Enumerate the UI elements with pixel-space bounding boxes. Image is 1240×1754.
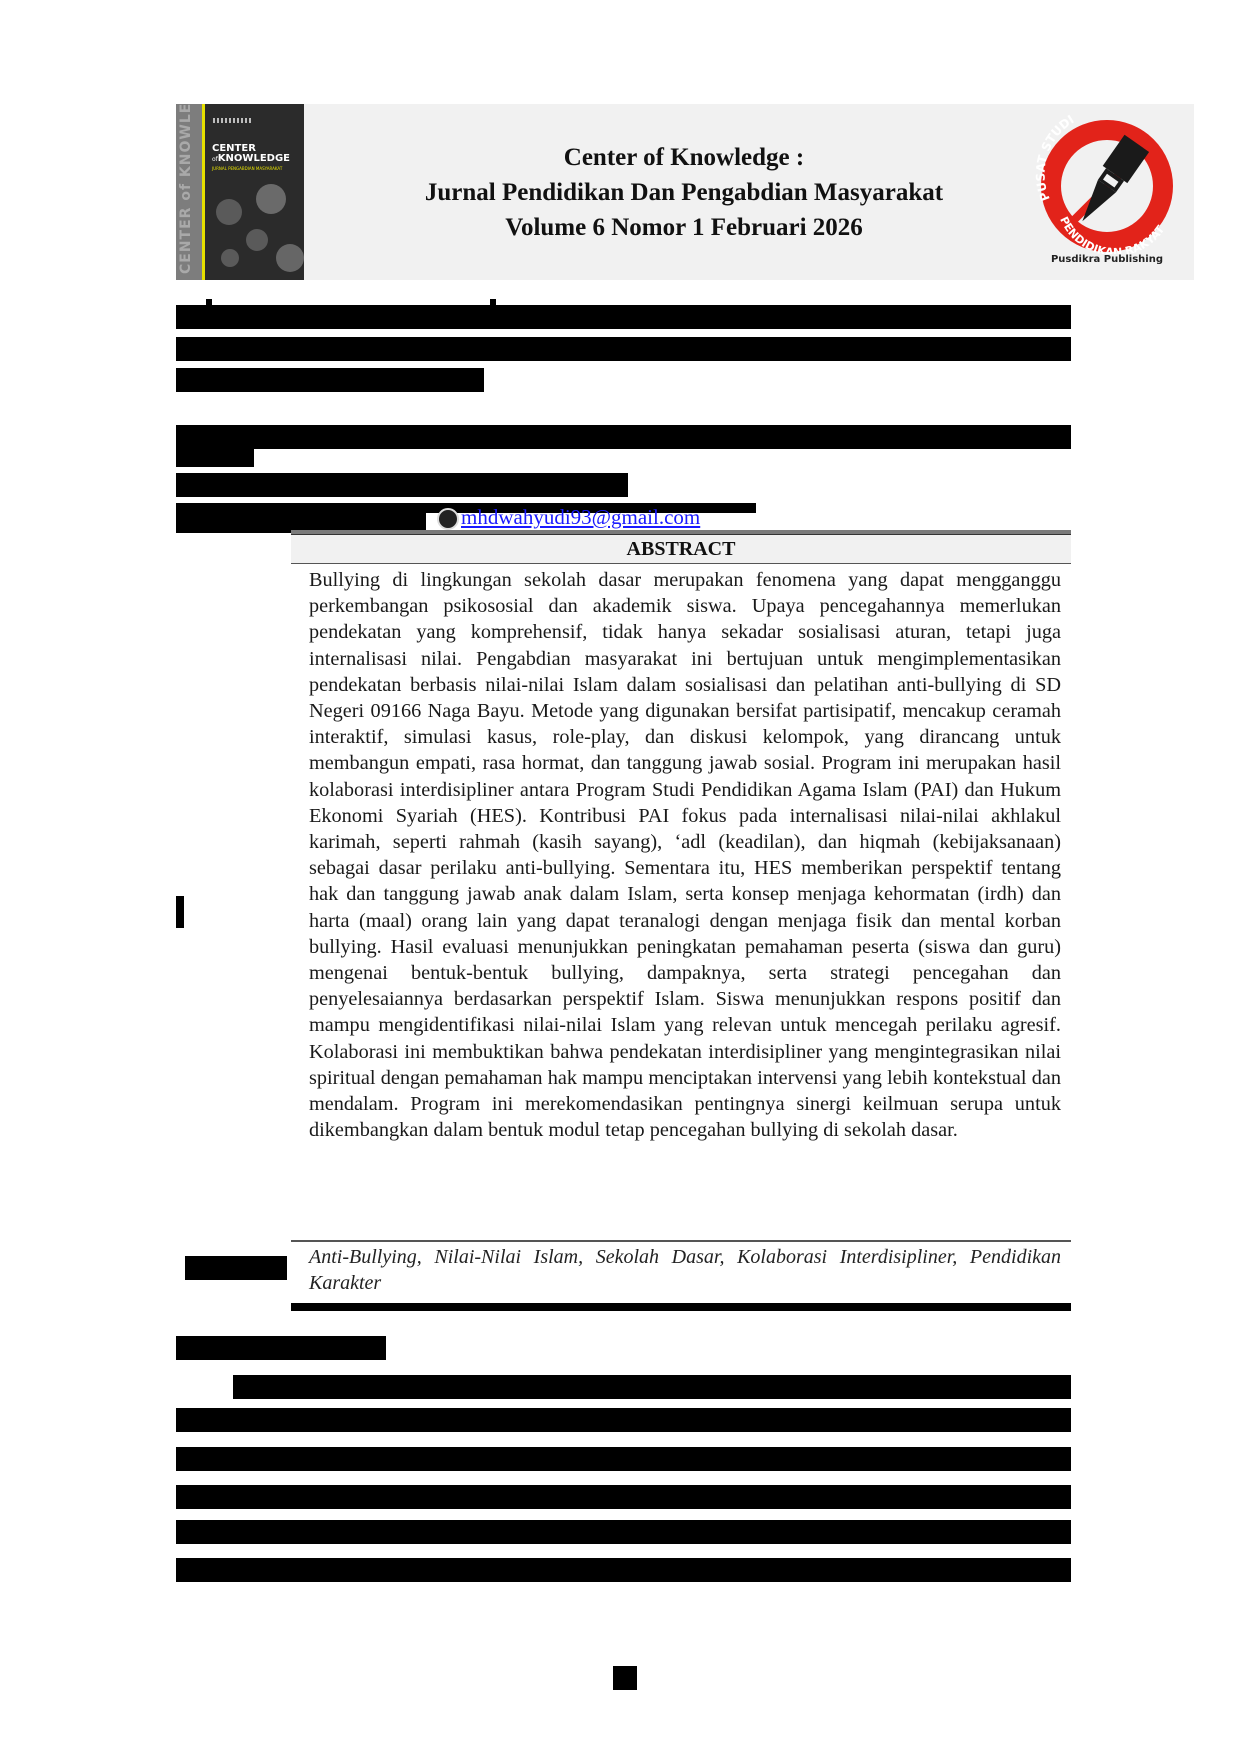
journal-issue: Volume 6 Nomor 1 Februari 2026 <box>304 210 1064 245</box>
journal-cover-image: CENTER of KNOWLEDGE CENTER ofKNOWLEDGE J… <box>176 104 304 280</box>
journal-subtitle: Jurnal Pendidikan Dan Pengabdian Masyara… <box>304 175 1064 210</box>
publisher-logo: PUSAT STUDI PENDIDIKAN RAKYAT Pusdikra P… <box>1020 104 1194 280</box>
publisher-name: Pusdikra Publishing <box>1020 254 1194 265</box>
cover-title-line2: ofKNOWLEDGE <box>212 154 290 165</box>
cover-barcode-icon <box>213 118 253 123</box>
keywords-text: Anti-Bullying, Nilai-Nilai Islam, Sekola… <box>309 1244 1061 1296</box>
email-icon <box>437 508 459 530</box>
cover-molecule-icon <box>221 249 239 267</box>
pusdikra-pen-logo-icon: PUSAT STUDI PENDIDIKAN RAKYAT <box>1020 104 1194 254</box>
abstract-text: Bullying di lingkungan sekolah dasar mer… <box>309 567 1061 1143</box>
abstract-bottom-rule <box>291 1303 1071 1311</box>
journal-name: Center of Knowledge : <box>304 140 1064 175</box>
cover-molecule-icon <box>256 184 286 214</box>
journal-title-block: Center of Knowledge : Jurnal Pendidikan … <box>304 140 1064 245</box>
abstract-heading: ABSTRACT <box>291 535 1071 564</box>
cover-accent-line <box>202 104 205 280</box>
cover-title-main: KNOWLEDGE <box>218 153 290 164</box>
article-info-label-redacted <box>176 896 184 928</box>
keywords-label-redacted <box>185 1256 287 1280</box>
cover-spine-text: CENTER of KNOWLEDGE <box>178 104 194 274</box>
page-number-redacted <box>613 1666 637 1690</box>
cover-tagline: JURNAL PENGABDIAN MASYARAKAT <box>212 166 282 171</box>
keywords-top-rule <box>291 1240 1071 1242</box>
cover-molecule-icon <box>216 199 242 225</box>
cover-molecule-icon <box>246 229 268 251</box>
cover-molecule-icon <box>276 244 304 272</box>
correspondence-email-link[interactable]: mhdwahyudi93@gmail.com <box>461 505 700 530</box>
